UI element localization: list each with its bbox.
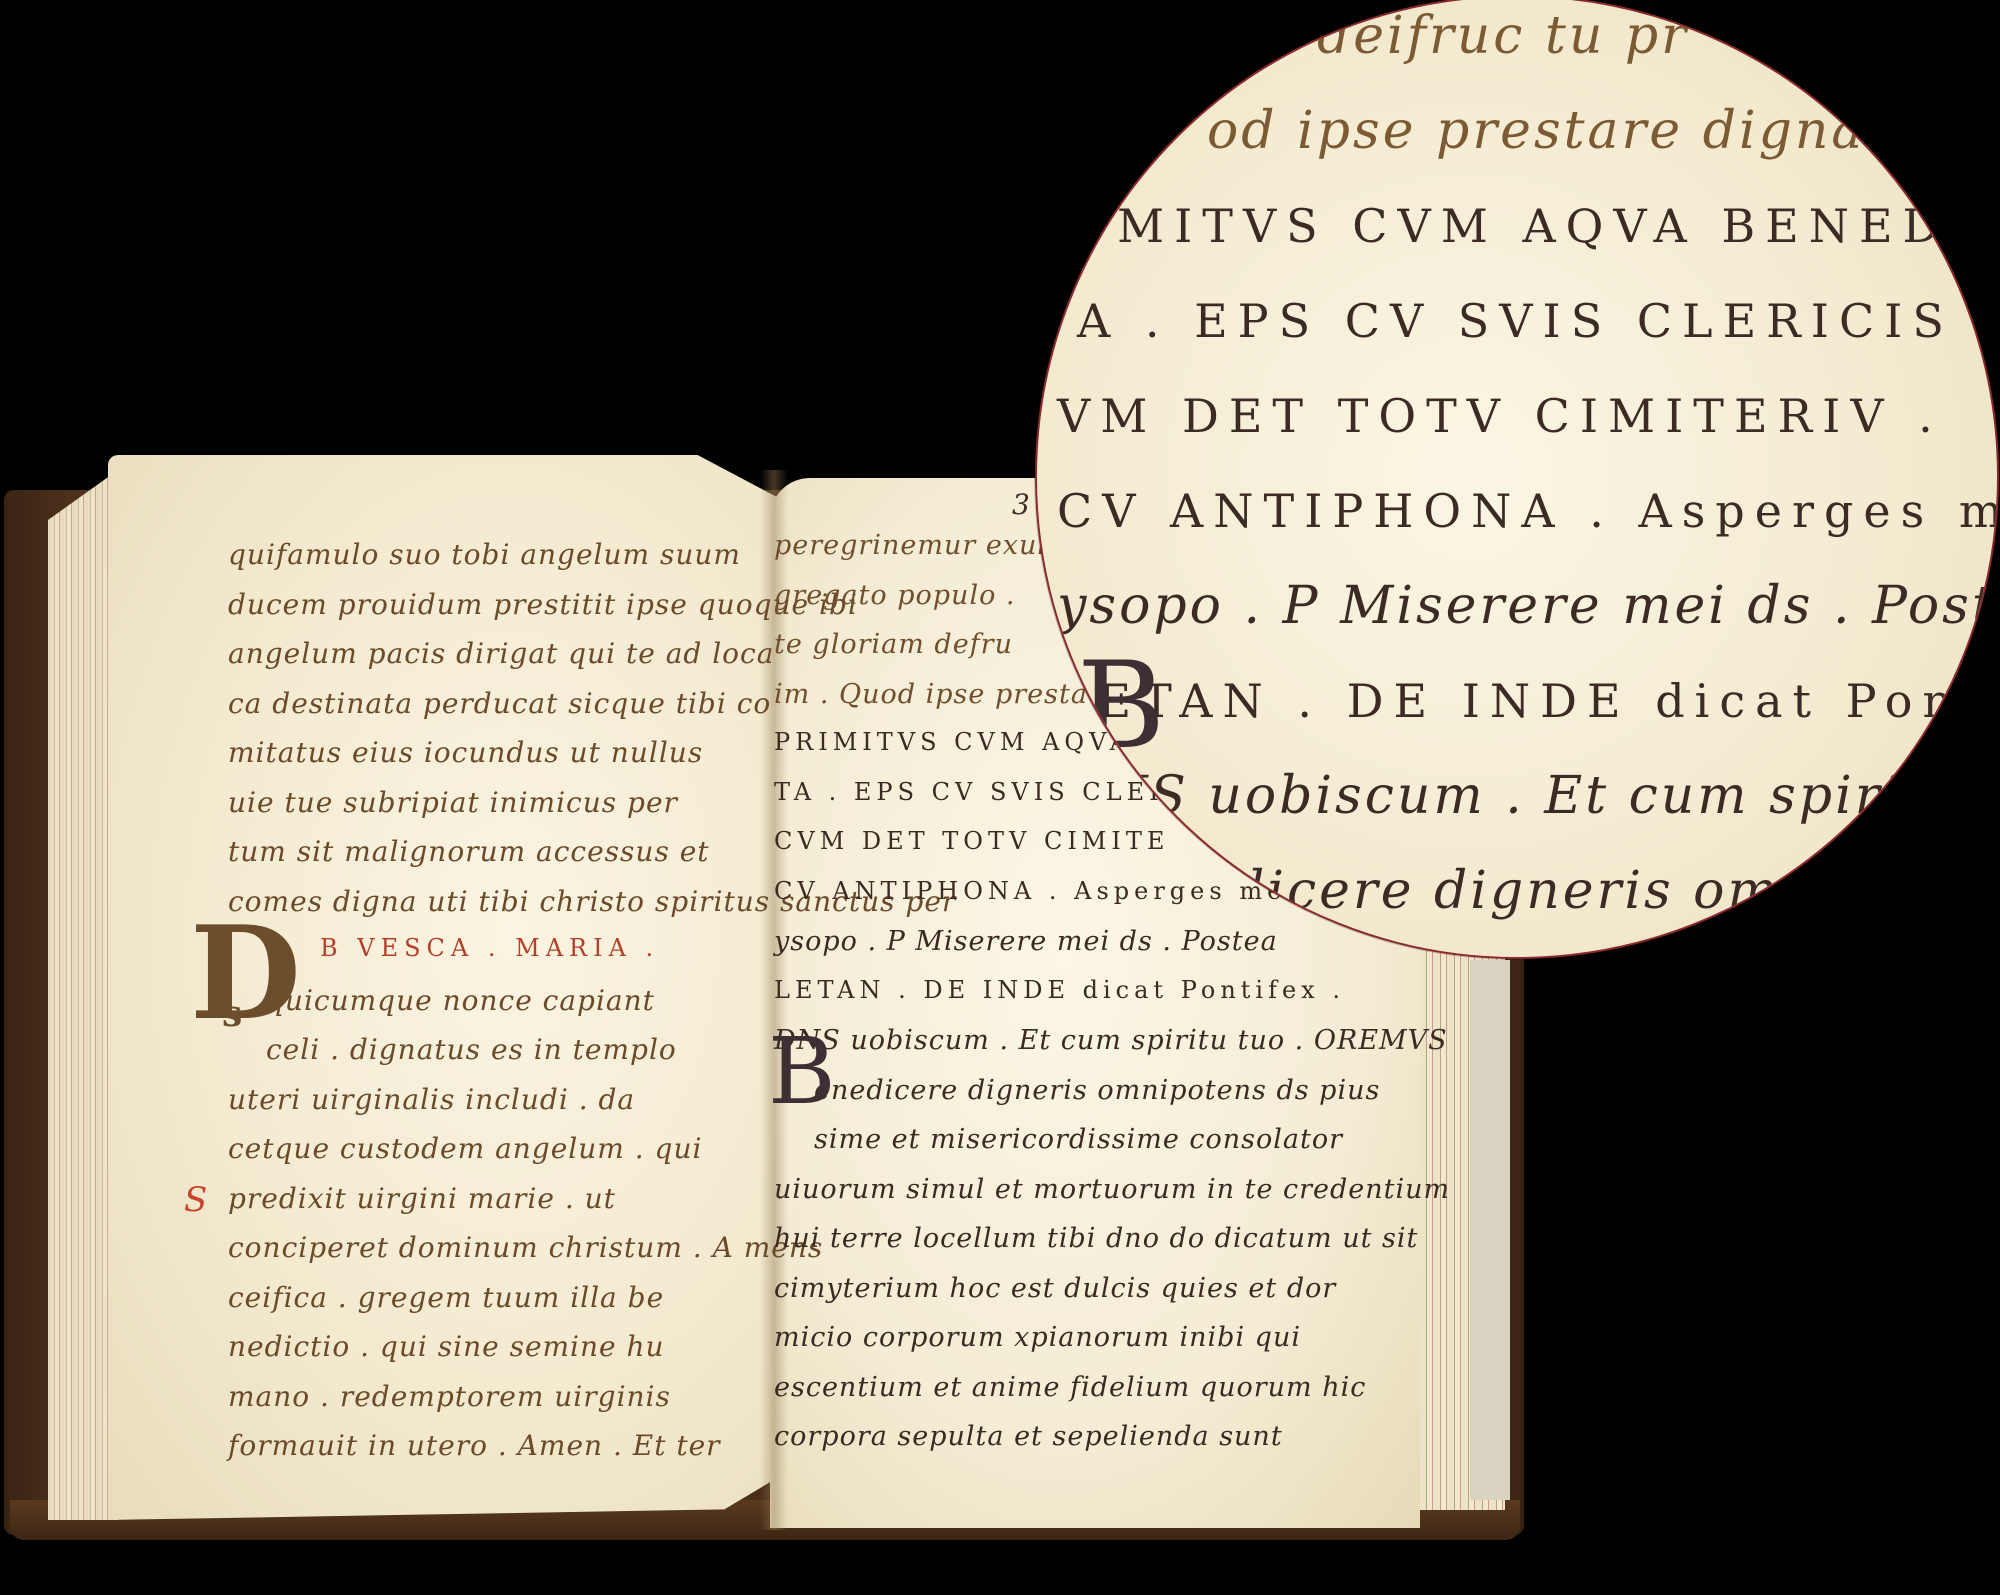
right-flyleaf xyxy=(1470,960,1510,1500)
text-line: DNS uobiscum . Et cum spiritu tuo . OREM… xyxy=(774,1025,1450,1075)
inset-initial-b: B xyxy=(1077,637,1165,776)
initial-b: B xyxy=(768,1026,836,1118)
inset-line: sime et misericordissime consolato xyxy=(1177,939,1999,959)
inset-line: od ipse prestare digna xyxy=(1207,84,1999,179)
magnified-inset: deifruc tu pr od ipse prestare digna MIT… xyxy=(1035,0,1999,959)
folio-number: 3 xyxy=(1012,488,1030,521)
left-page-stack xyxy=(48,470,118,1520)
text-line: uiuorum simul et mortuorum in te credent… xyxy=(774,1174,1450,1224)
red-initial-s: S xyxy=(184,1180,207,1220)
capitals-line: LETAN . DE INDE dicat Pontifex . xyxy=(774,976,1450,1026)
inset-line: ysopo . P Miserere mei ds . Postea xyxy=(1057,559,1999,654)
text-line: escentium et anime fidelium quorum hic xyxy=(774,1372,1450,1422)
inset-line: deifruc tu pr xyxy=(1317,0,1999,84)
text-line: cimyterium hoc est dulcis quies et dor xyxy=(774,1273,1450,1323)
inset-line: MITVS CVM AQVA BENEDIC xyxy=(1117,179,1999,274)
inset-line: enedicere digneris omnipotens ds pius xyxy=(1127,844,1999,939)
initial-inner-s: s xyxy=(222,952,242,1077)
inset-text: deifruc tu pr od ipse prestare digna MIT… xyxy=(1057,0,1999,959)
text-line: sime et misericordissime consolator xyxy=(814,1124,1450,1174)
text-line: hui terre locellum tibi dno do dicatum u… xyxy=(774,1223,1450,1273)
text-line: micio corporum xpianorum inibi qui xyxy=(774,1322,1450,1372)
inset-line: VM DET TOTV CIMITERIV . xyxy=(1057,369,1999,464)
text-line: corpora sepulta et sepelienda sunt xyxy=(774,1421,1450,1471)
manuscript-photo: 3 quifamulo suo tobi angelum suum ducem … xyxy=(0,0,2000,1595)
inset-line: DNS uobiscum . Et cum spiritu tuo . OREM… xyxy=(1057,749,1999,844)
inset-line: A . EPS CV SVIS CLERICIS CIR xyxy=(1077,274,1999,369)
inset-line: LETAN . DE INDE dicat Pontifex . xyxy=(1057,654,1999,749)
text-line: enedicere digneris omnipotens ds pius xyxy=(814,1075,1450,1125)
inset-line: CV ANTIPHONA . Asperges me dne xyxy=(1057,464,1999,559)
illuminated-initial-d: D s xyxy=(190,912,310,1037)
